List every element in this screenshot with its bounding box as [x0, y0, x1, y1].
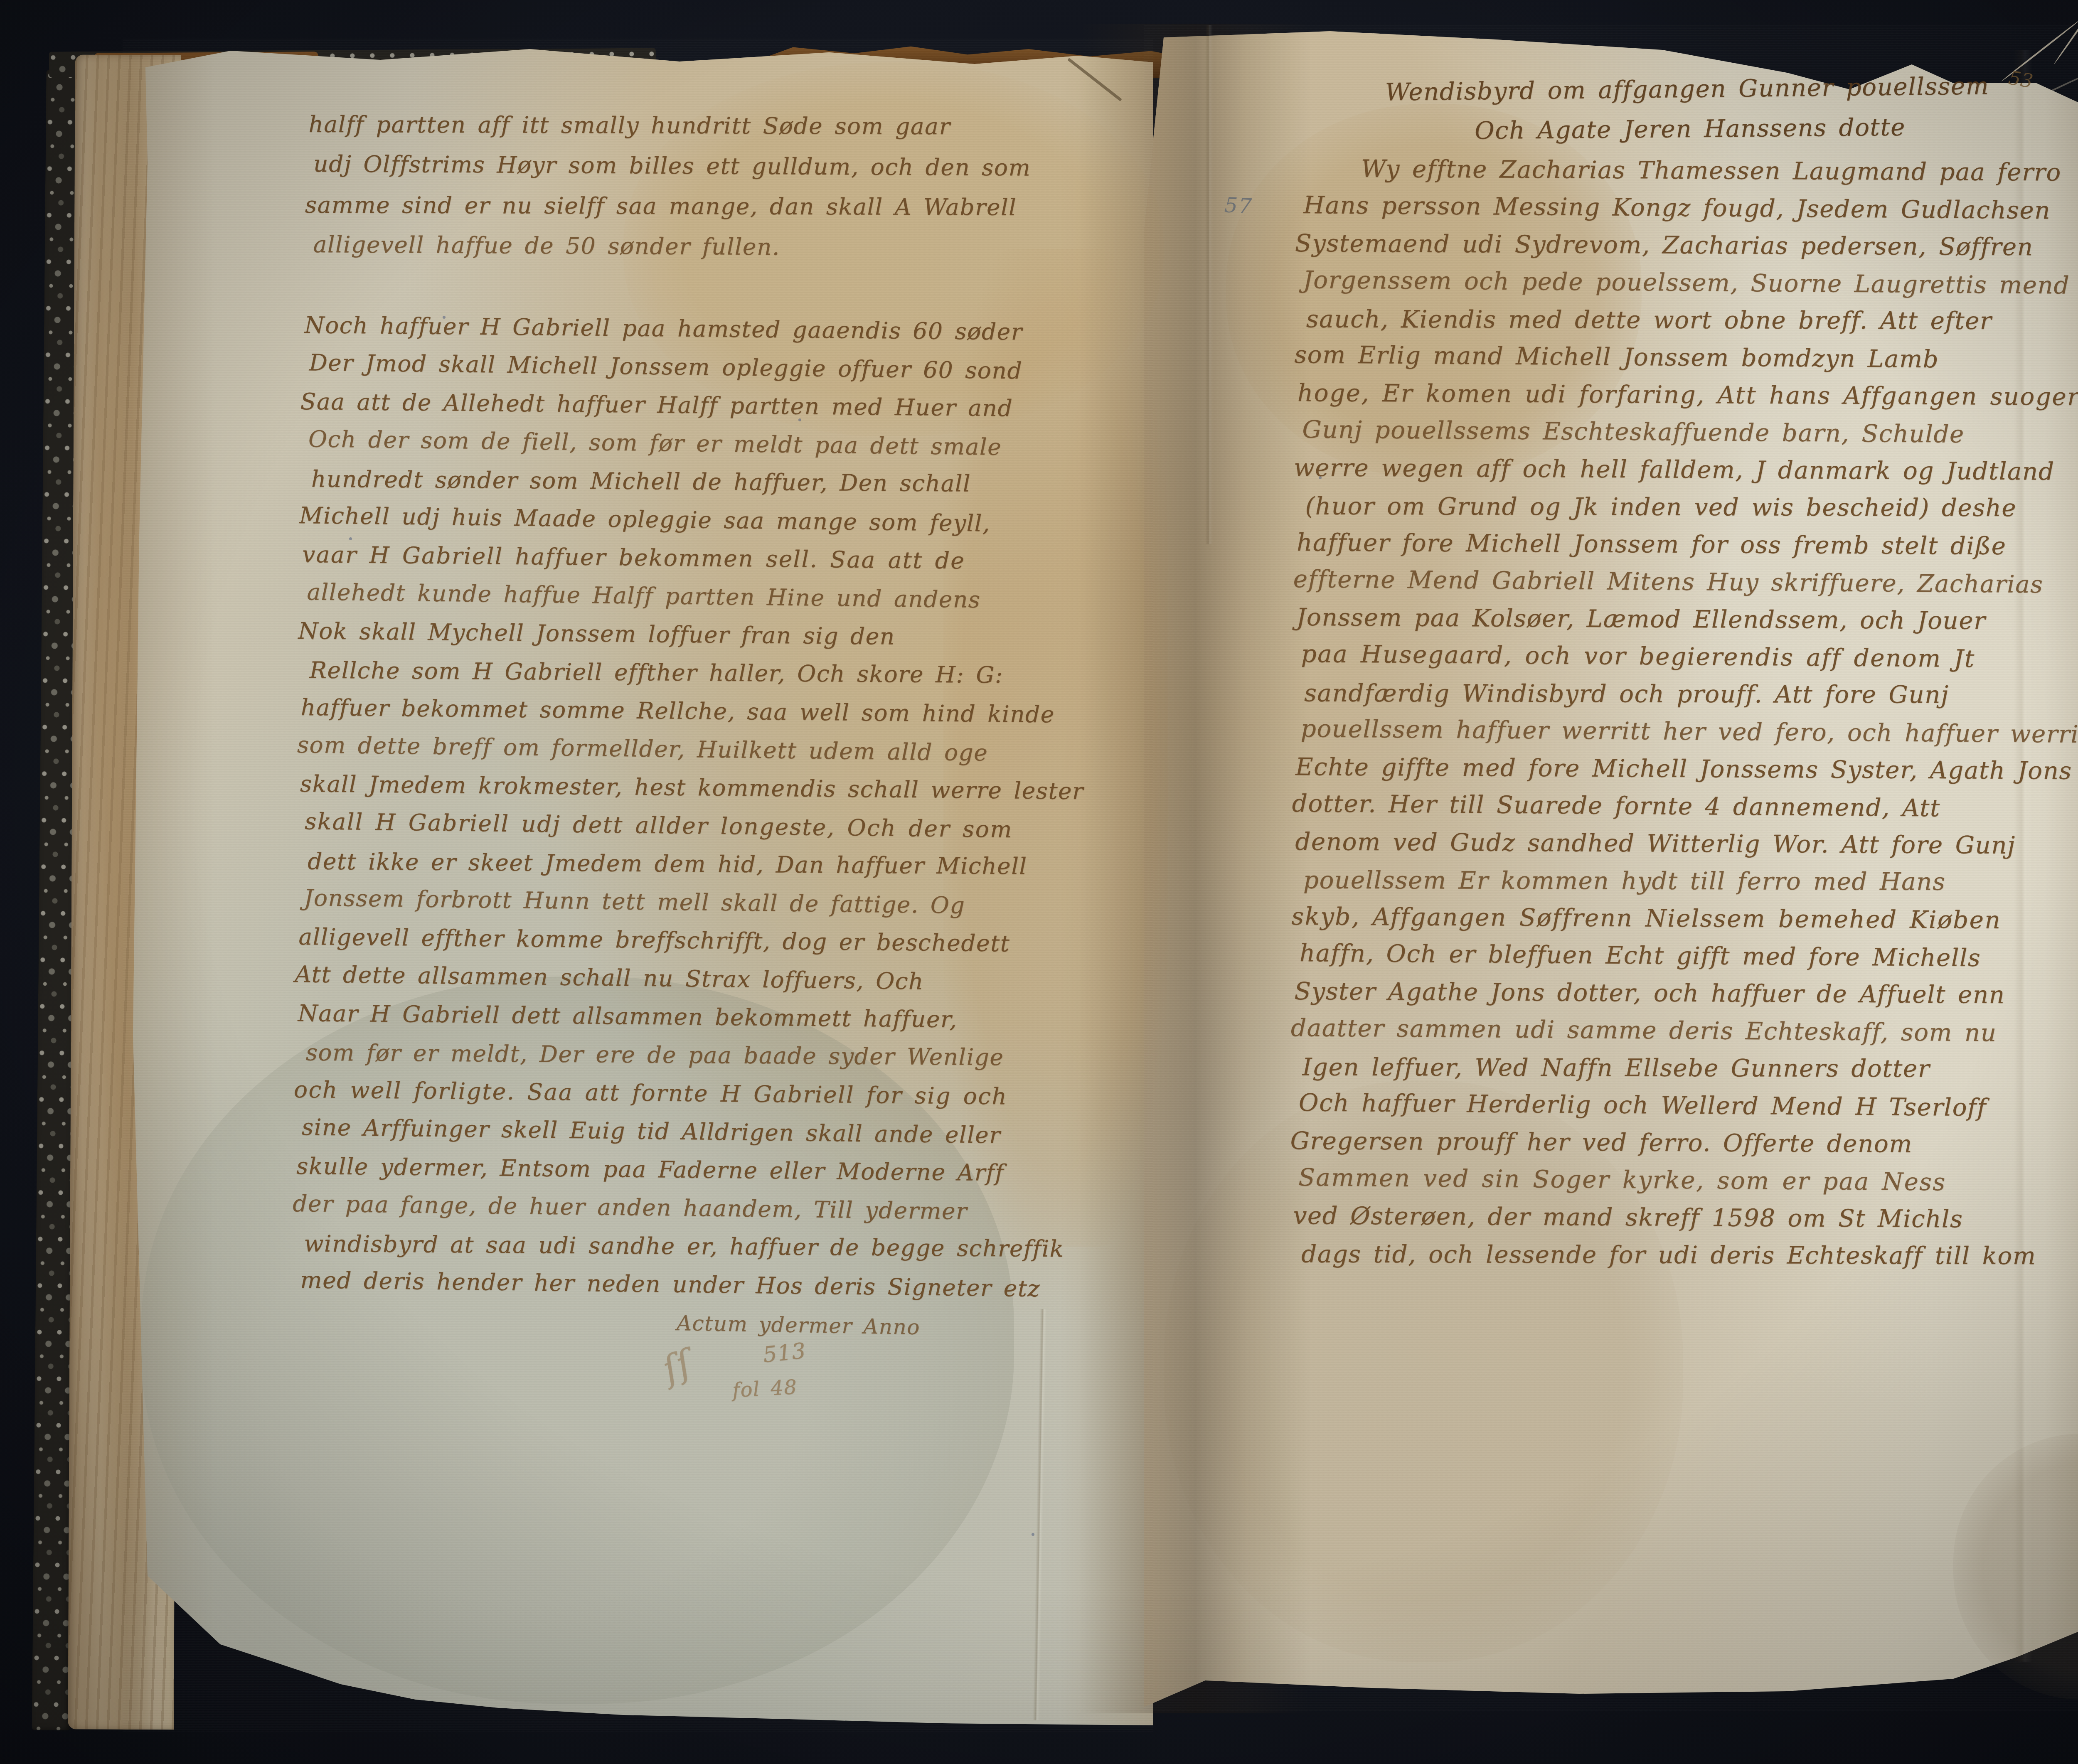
manuscript-text-line: hundredt sønder som Michell de haffuer, …: [311, 460, 1068, 504]
manuscript-text-line: Igen leffuer, Wed Naffn Ellsebe Gunners …: [1302, 1048, 2078, 1088]
manuscript-text-line: skall H Gabriell udj dett allder longest…: [305, 802, 1065, 849]
fold-crease: [1205, 25, 1213, 544]
manuscript-text-line: halff partten aff itt smally hundritt Sø…: [308, 104, 1065, 147]
manuscript-text-line: denom ved Gudz sandhed Witterlig Wor. At…: [1295, 823, 2078, 864]
manuscript-text-line: Gunj pouellssems Eschteskaffuende barn, …: [1302, 411, 2078, 454]
manuscript-text-line: Rellche som H Gabriell effther haller, O…: [309, 651, 1066, 695]
manuscript-text-line: Nok skall Mychell Jonssem loffuer fran s…: [298, 612, 1066, 657]
manuscript-text-line: Wy efftne Zacharias Thamessen Laugmand p…: [1361, 150, 2078, 191]
manuscript-text-line: Syster Agathe Jons dotter, och haffuer d…: [1294, 972, 2078, 1014]
manuscript-text-line: udj Olffstrims Høyr som billes ett gulld…: [313, 144, 1065, 188]
manuscript-text-line: Jonssem paa Kolsøer, Læmod Ellendssem, o…: [1296, 598, 2078, 640]
manuscript-text-line: Sammen ved sin Soger kyrke, som er paa N…: [1298, 1159, 2078, 1202]
manuscript-text-line: sandfærdig Windisbyrd och prouff. Att fo…: [1304, 674, 2078, 714]
manuscript-text-line: Jorgenssem och pede pouelssem, Suorne La…: [1303, 261, 2078, 304]
manuscript-text-line: haffn, Och er bleffuen Echt gifft med fo…: [1300, 934, 2078, 977]
manuscript-text-line: Systemaend udi Sydrevom, Zacharias peder…: [1295, 224, 2078, 266]
manuscript-text-line: pouellssem Er kommen hydt till ferro med…: [1303, 861, 2078, 901]
manuscript-text-line: skyb, Affgangen Søffrenn Nielssem bemehe…: [1291, 898, 2078, 939]
pencil-folio-number: 57: [1224, 193, 1253, 218]
manuscript-text-line: Och der som de fiell, som før er meldt p…: [308, 420, 1068, 467]
manuscript-text-line: samme sind er nu sielff saa mange, dan s…: [305, 185, 1065, 228]
manuscript-text-line: paa Husegaard, och vor begierendis aff d…: [1301, 635, 2078, 678]
manuscript-text-line: sauch, Kiendis med dette wort obne breff…: [1306, 300, 2078, 340]
left-page-paragraph-2: Noch haffuer H Gabriell paa hamsted gaae…: [295, 306, 1069, 1307]
ink-speck: [1032, 1533, 1034, 1536]
right-page-body: Wy efftne Zacharias Thamessen Laugmand p…: [1293, 150, 2078, 1276]
manuscript-text-line: dett ikke er skeet Jmedem dem hid, Dan h…: [308, 842, 1064, 886]
manuscript-text-line: som Erlig mand Michell Jonssem bomdzyn L…: [1294, 336, 2078, 379]
manuscript-text-line: hoge, Er komen udi forfaring, Att hans A…: [1298, 374, 2078, 416]
frayed-paper-fiber: [2053, 0, 2078, 64]
manuscript-text-line: windisbyrd at saa udi sandhe er, haffuer…: [304, 1224, 1061, 1268]
right-page-heading: Wendisbyrd om affgangen Gunner pouellsse…: [1363, 66, 2012, 152]
number-annotation: 513: [762, 1338, 807, 1368]
manuscript-text-line: (huor om Grund og Jk inden ved wis besch…: [1305, 487, 2078, 527]
manuscript-text-line: pouellssem haffuer werritt her ved fero,…: [1300, 710, 2078, 753]
folio-number: 53: [2007, 66, 2035, 92]
manuscript-text-line: haffuer fore Michell Jonssem for oss fre…: [1297, 524, 2078, 565]
manuscript-text-line: Echte giffte med fore Michell Jonssems S…: [1295, 748, 2078, 790]
manuscript-text-line: som før er meldt, Der ere de paa baade s…: [305, 1033, 1062, 1077]
heading-line-1: Wendisbyrd om affgangen Gunner pouellsse…: [1363, 66, 2012, 112]
manuscript-text-line: daatter sammen udi samme deris Echteskaf…: [1291, 1009, 2078, 1052]
manuscript-text-line: Hans persson Messing Kongz fougd, Jsedem…: [1303, 186, 2078, 229]
folio-annotation: fol 48: [732, 1375, 798, 1402]
manuscript-text-line: effterne Mend Gabriell Mitens Huy skriff…: [1293, 560, 2078, 603]
heading-line-2: Och Agate Jeren Hanssens dotte: [1368, 106, 2012, 151]
manuscript-text-line: Naar H Gabriell dett allsammen bekommett…: [298, 994, 1063, 1040]
manuscript-text-line: med deris hender her neden under Hos der…: [300, 1261, 1060, 1308]
manuscript-text-line: dotter. Her till Suarede fornte 4 dannem…: [1292, 785, 2078, 828]
manuscript-text-line: werre wegen aff och hell falldem, J danm…: [1294, 449, 2078, 490]
manuscript-text-line: der paa fange, de huer anden haandem, Ti…: [293, 1184, 1061, 1232]
manuscript-text-line: Gregersen prouff her ved ferro. Offerte …: [1290, 1122, 2078, 1164]
manuscript-text-line: alligevell haffue de 50 sønder fullen.: [313, 224, 1065, 269]
manuscript-photo: halff partten aff itt smally hundritt Sø…: [0, 0, 2078, 1764]
manuscript-text-line: dags tid, och lessende for udi deris Ech…: [1301, 1235, 2078, 1275]
manuscript-text-line: Och haffuer Herderlig och Wellerd Mend H…: [1299, 1084, 2078, 1127]
left-page-paragraph-1: halff partten aff itt smally hundritt Sø…: [308, 104, 1065, 268]
manuscript-text-line: ved Østerøen, der mand skreff 1598 om St…: [1293, 1197, 2078, 1238]
left-page-closing-line: Actum ydermer Anno: [677, 1311, 921, 1339]
